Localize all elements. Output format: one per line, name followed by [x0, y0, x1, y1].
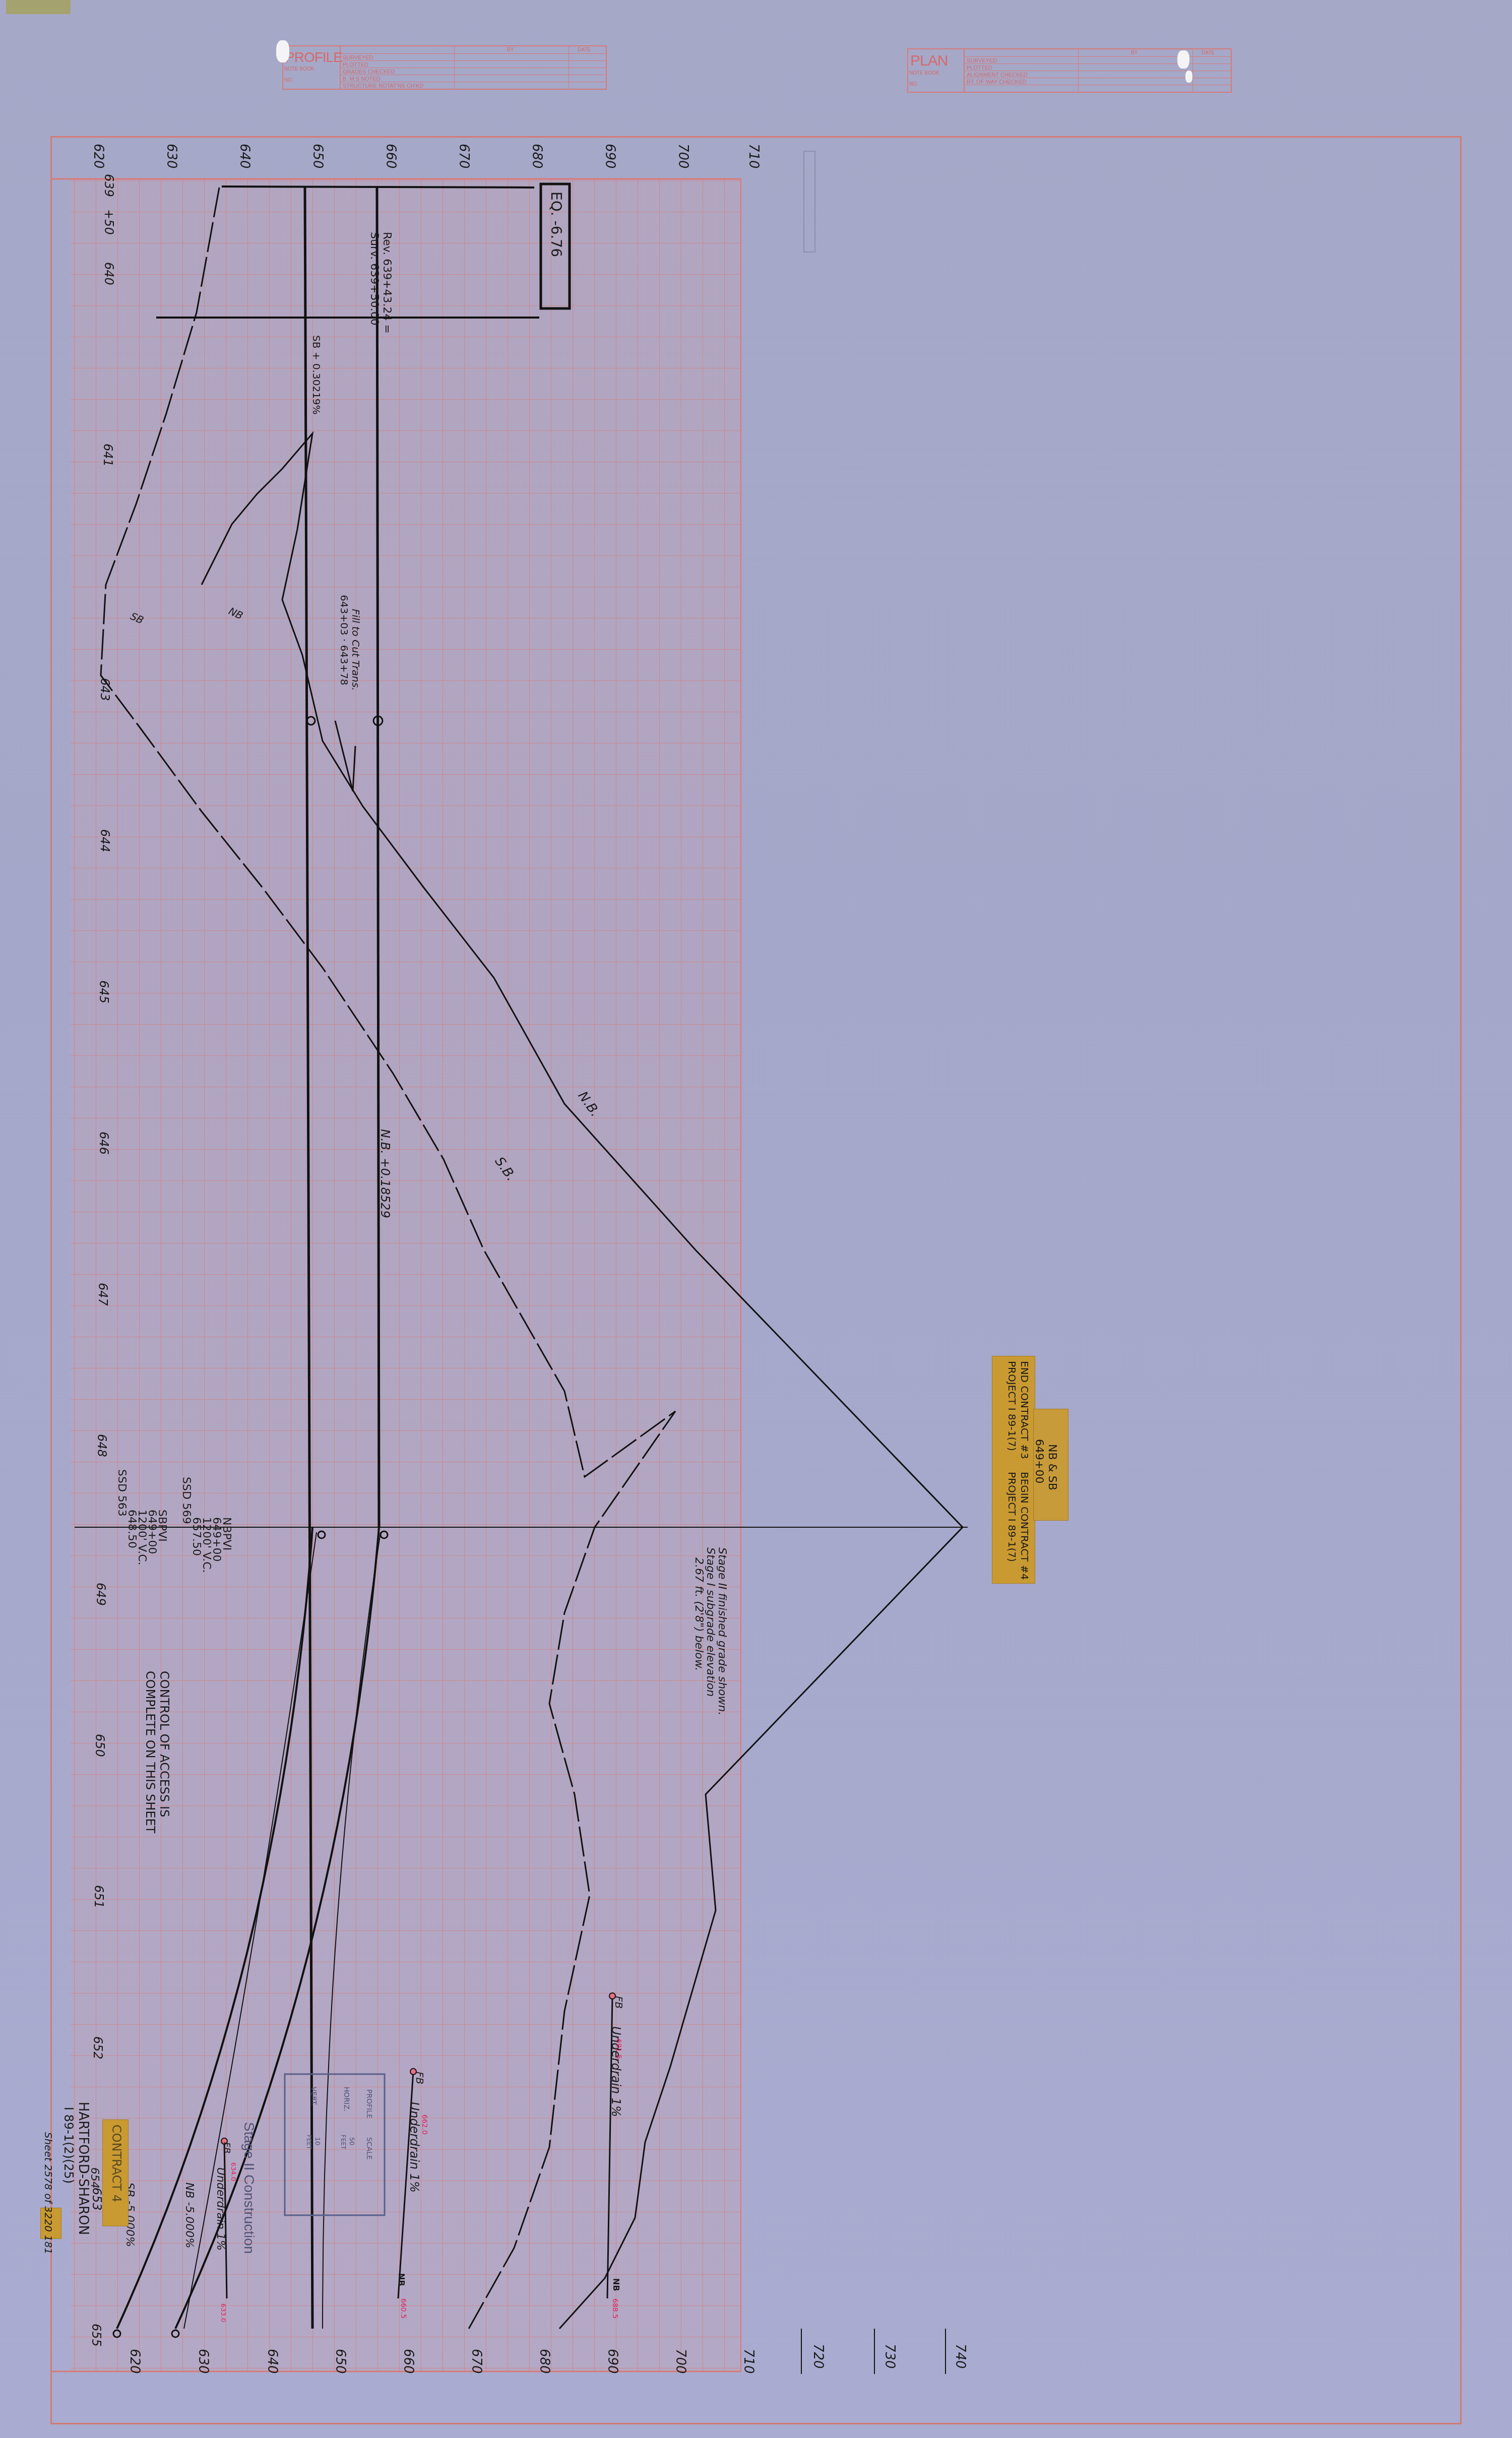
elev-bot-620: 620: [127, 2349, 142, 2374]
underdrain-elev-5: 634.0: [229, 2162, 237, 2181]
elev-top-680: 680: [529, 144, 544, 169]
elev-top-620: 620: [91, 144, 106, 169]
elev-top-660: 660: [383, 144, 398, 169]
scale-vert-label: VERT.: [309, 2087, 318, 2106]
underdrain-elev-6: 633.0: [219, 2303, 227, 2322]
station-645: 645: [97, 980, 111, 1004]
tape-end-contract: END CONTRACT #3: [1019, 1361, 1031, 1459]
equation-box-label: EQ. -6.76: [548, 192, 564, 257]
title-contract: CONTRACT 4: [109, 2124, 123, 2202]
tape-station: 649+00: [1033, 1439, 1045, 1483]
elev-top-630: 630: [164, 144, 179, 169]
underdrain-nb-1: NB: [611, 2278, 621, 2291]
underdrain-elev-2: 688.5: [611, 2298, 619, 2319]
station-650: 650: [93, 1734, 107, 1757]
elev-top-670: 670: [456, 144, 471, 169]
elev-bot-700: 700: [673, 2349, 688, 2374]
title-project-no: I 89-1(2)(25): [61, 2107, 76, 2183]
underdrain-fb-2: FB: [414, 2072, 426, 2084]
stage-note-line2: Stage I subgrade elevation: [704, 1547, 717, 1697]
elev-bot-690: 690: [605, 2349, 620, 2374]
scale-horiz-unit: FEET: [340, 2135, 347, 2149]
title-sheet-number: Sheet 2578 of 3220 181: [42, 2132, 54, 2255]
profile-plot: [0, 0, 1512, 2438]
scale-vert-value: 10: [313, 2137, 321, 2146]
elev-bot-680: 680: [537, 2349, 552, 2374]
nbpvi-ssd: SSD 569: [180, 1477, 193, 1524]
stage-note-line3: 2.67 ft. (2'8") below.: [692, 1557, 705, 1671]
elev-top-690: 690: [602, 144, 617, 169]
elev-bot-710: 710: [741, 2349, 756, 2374]
elev-bot-630: 630: [196, 2349, 211, 2374]
elev-top-650: 650: [310, 144, 325, 169]
control-of-access-line2: COMPLETE ON THIS SHEET: [143, 1671, 157, 1833]
underdrain-nb-2: NB: [397, 2273, 406, 2286]
elev-bot-650: 650: [333, 2349, 348, 2374]
elev-bot-730: 730: [882, 2344, 897, 2369]
tape-begin-project: PROJECT I 89-1(7): [1006, 1472, 1018, 1562]
station-655: 655: [89, 2324, 103, 2347]
scale-horiz-value: 50: [348, 2137, 355, 2146]
station-644: 644: [98, 829, 112, 852]
station-639: 639: [102, 174, 116, 197]
scale-title-scale: SCALE: [365, 2137, 373, 2160]
equation-surv-station: Surv. 639+50.00: [368, 232, 381, 326]
underdrain-fb-1: FB: [613, 1996, 625, 2009]
fill-to-cut-label-2: 643+03 · 643+78: [338, 595, 350, 685]
stage-note-line1: Stage II finished grade shown.: [716, 1547, 728, 1715]
underdrain-label-2: Underdrain 1%: [407, 2102, 421, 2193]
elev-bot-660: 660: [401, 2349, 416, 2374]
elev-top-640: 640: [237, 144, 252, 169]
underdrain-elev-3: 662.0: [420, 2114, 428, 2135]
control-of-access-line1: CONTROL OF ACCESS IS: [157, 1671, 171, 1817]
station-652: 652: [91, 2036, 105, 2059]
station-648: 648: [95, 1434, 109, 1457]
tape-begin-contract: BEGIN CONTRACT #4: [1019, 1472, 1031, 1580]
title-project: HARTFORD-SHARON: [76, 2102, 91, 2235]
station-plus50: +50: [102, 209, 116, 235]
equation-rev-station: Rev. 639+43.24 =: [381, 232, 393, 334]
stage-construction-title: Stage II Construction: [241, 2122, 257, 2254]
tape-nb-sb: NB & SB: [1046, 1444, 1058, 1490]
station-640: 640: [102, 262, 116, 285]
drawing-sheet: PROFILE BY DATE SURVEYED PLOTTED GRADES …: [0, 0, 1512, 2438]
station-653: 653: [90, 2187, 104, 2211]
elev-top-700: 700: [675, 144, 690, 169]
sb-grade-label: SB + 0.30219%: [310, 335, 323, 415]
elev-top-710: 710: [746, 144, 761, 169]
station-646: 646: [97, 1132, 111, 1155]
scale-horiz-label: HORIZ.: [342, 2087, 350, 2111]
scale-vert-unit: FEET: [305, 2135, 312, 2149]
station-641: 641: [101, 444, 115, 467]
underdrain-elev-1: 691.5: [614, 2039, 622, 2059]
scale-title-profile: PROFILE: [365, 2089, 373, 2118]
sbpvi-ssd: SSD 563: [115, 1469, 128, 1517]
nb-grade-label: N.B. +0.18529: [378, 1129, 392, 1218]
tape-end-project: PROJECT I 89-1(7): [1006, 1361, 1018, 1451]
underdrain-label-3: Underdrain 1%: [214, 2167, 227, 2251]
underdrain-fb-3: FB: [221, 2142, 232, 2154]
fill-to-cut-label-1: Fill to Cut Trans.: [350, 609, 362, 691]
station-643: 643: [98, 678, 112, 701]
elev-bot-670: 670: [469, 2349, 484, 2374]
elev-bot-720: 720: [810, 2344, 826, 2369]
station-651: 651: [92, 1885, 106, 1908]
elev-bot-640: 640: [265, 2349, 280, 2374]
station-647: 647: [96, 1283, 110, 1306]
elev-bot-740: 740: [953, 2344, 968, 2369]
station-649: 649: [94, 1583, 108, 1606]
underdrain-elev-4: 660.5: [399, 2298, 407, 2319]
nb-exit-grade-label: NB -5.000%: [183, 2182, 196, 2248]
